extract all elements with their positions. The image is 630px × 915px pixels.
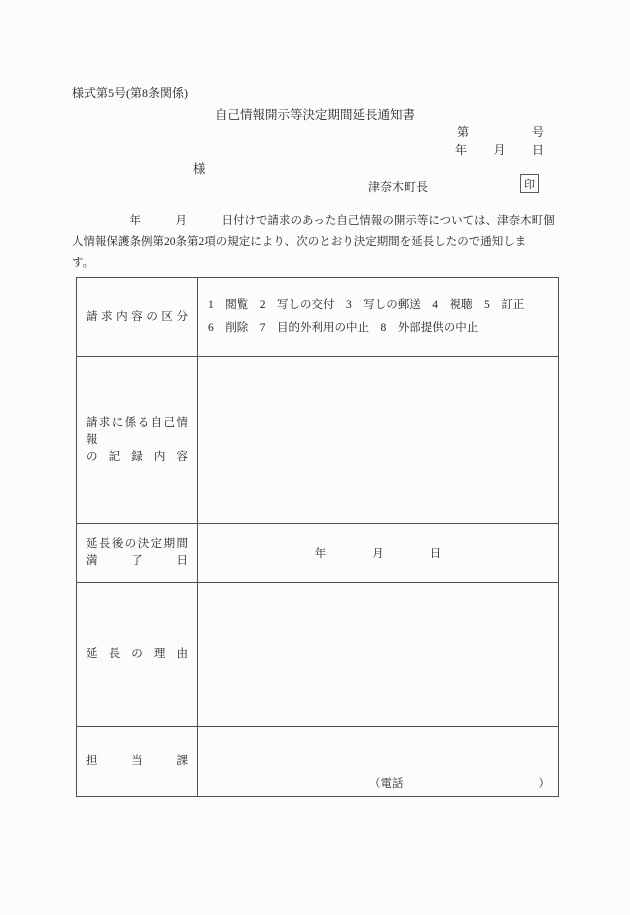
- doc-number-line: 第 号: [457, 123, 544, 140]
- extended-deadline-date: 年 月 日: [198, 545, 558, 561]
- record-content-blank-cell: [198, 357, 559, 524]
- phone-field: （電話 ）: [369, 775, 550, 791]
- date-year-label: 年: [455, 141, 467, 158]
- form-table: 請求内容の区分 1 閲覧 2 写しの交付 3 写しの郵送 4 視聴 5 訂正 6…: [76, 277, 559, 797]
- phone-close-label: ）: [539, 775, 551, 791]
- issue-date-line: 年 月 日: [455, 141, 544, 158]
- extension-reason-label-cell: 延長の理由: [77, 583, 198, 727]
- department-blank-cell: （電話 ）: [198, 727, 559, 797]
- department-label: 担当課: [86, 753, 188, 770]
- record-content-label: 請求に係る自己情報 の記録内容: [86, 415, 188, 466]
- date-day-label: 日: [532, 141, 544, 158]
- request-category-label: 請求内容の区分: [86, 309, 188, 326]
- extension-reason-label: 延長の理由: [86, 646, 188, 663]
- extended-deadline-label-cell: 延長後の決定期間 満了日: [77, 524, 198, 583]
- extension-reason-blank-cell: [198, 583, 559, 727]
- issuer-title: 津奈木町長: [368, 178, 428, 195]
- request-category-row: 請求内容の区分 1 閲覧 2 写しの交付 3 写しの郵送 4 視聴 5 訂正 6…: [77, 278, 559, 357]
- form-page: 様式第5号(第8条関係) 自己情報開示等決定期間延長通知書 第 号 年 月 日 …: [0, 0, 630, 915]
- department-row: 担当課 （電話 ）: [77, 727, 559, 797]
- doc-number-prefix: 第: [457, 123, 469, 140]
- date-month-label: 月: [493, 141, 505, 158]
- record-content-label-cell: 請求に係る自己情報 の記録内容: [77, 357, 198, 524]
- doc-number-suffix: 号: [532, 123, 544, 140]
- body-paragraph: 年 月 日付けで請求のあった自己情報の開示等については、津奈木町個 人情報保護条…: [72, 211, 577, 274]
- page-title: 自己情報開示等決定期間延長通知書: [0, 105, 630, 123]
- extended-deadline-row: 延長後の決定期間 満了日 年 月 日: [77, 524, 559, 583]
- department-label-cell: 担当課: [77, 727, 198, 797]
- extended-deadline-value-cell: 年 月 日: [198, 524, 559, 583]
- request-category-label-cell: 請求内容の区分: [77, 278, 198, 357]
- extended-deadline-label: 延長後の決定期間 満了日: [86, 536, 188, 570]
- seal-stamp: 印: [520, 174, 539, 193]
- record-content-row: 請求に係る自己情報 の記録内容: [77, 357, 559, 524]
- request-category-options: 1 閲覧 2 写しの交付 3 写しの郵送 4 視聴 5 訂正 6 削除 7 目的…: [198, 294, 558, 340]
- addressee-honorific: 様: [193, 159, 206, 177]
- request-category-options-cell: 1 閲覧 2 写しの交付 3 写しの郵送 4 視聴 5 訂正 6 削除 7 目的…: [198, 278, 559, 357]
- form-number: 様式第5号(第8条関係): [72, 84, 188, 101]
- phone-open-label: （電話: [369, 775, 404, 791]
- extension-reason-row: 延長の理由: [77, 583, 559, 727]
